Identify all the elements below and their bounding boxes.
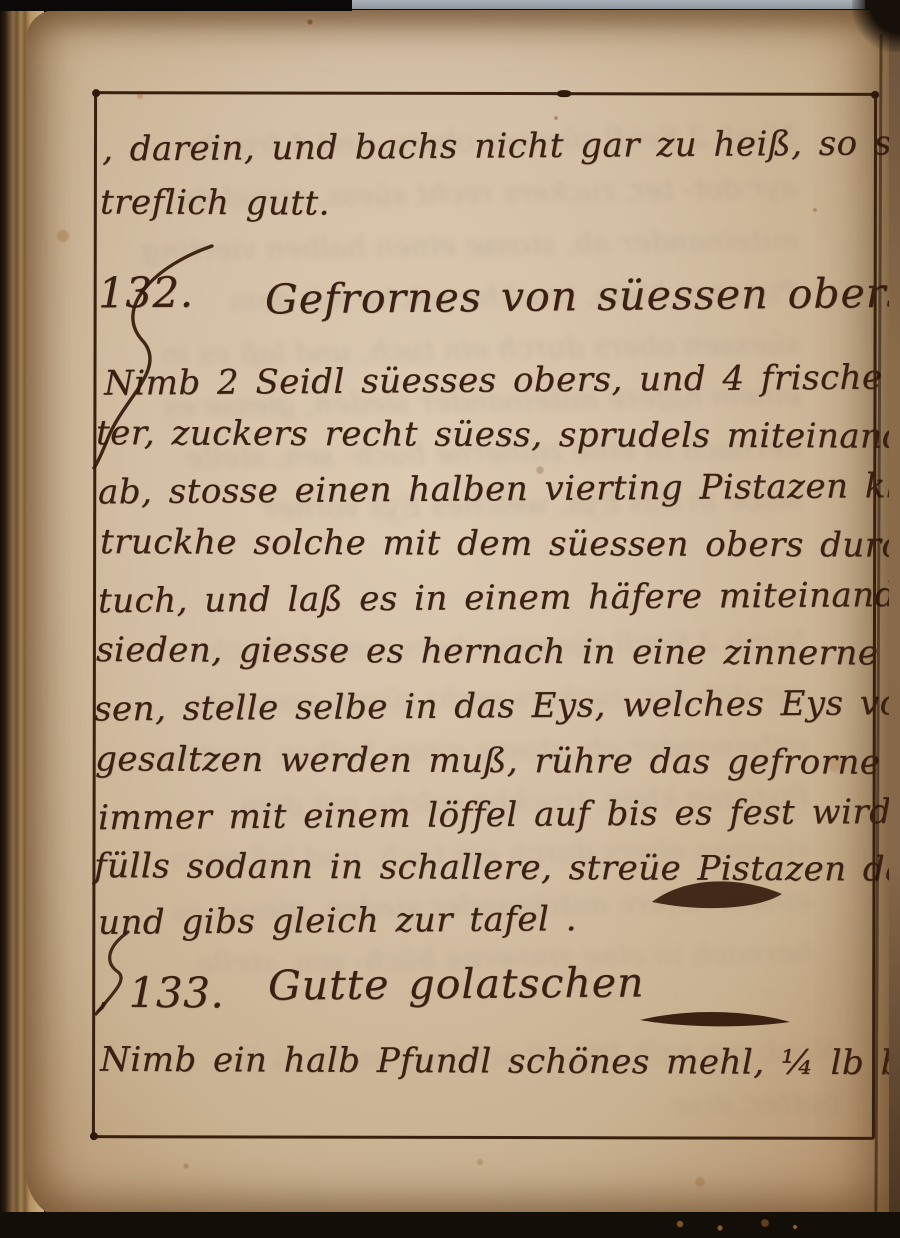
body-line: und gibs gleich zur tafel .	[98, 899, 577, 943]
right-page-edge	[889, 12, 900, 1220]
end-swash	[648, 872, 788, 916]
marginal-flourish	[84, 238, 234, 473]
book-bottom-edge	[0, 1212, 900, 1238]
fragment-line: treflich gutt.	[100, 182, 330, 223]
recipe-title: Gutte golatschen	[268, 958, 645, 1009]
body-line: sen, stelle selbe in das Eys, welches Ey…	[94, 683, 900, 730]
body-line: Nimb ein halb Pfundl schönes mehl, ¼ lb …	[100, 1040, 900, 1084]
recipe-number-text: 133.	[129, 968, 225, 1017]
handwritten-text: , darein, und bachs nicht gar zu heiß, s…	[0, 0, 900, 1238]
binding-shadow	[852, 0, 900, 52]
body-line: immer mit einem löffel auf bis es fest w…	[98, 792, 900, 838]
body-line: gesaltzen werden muß, rühre das gefrorne	[95, 739, 881, 782]
fragment-line: , darein, und bachs nicht gar zu heiß, s…	[102, 122, 900, 169]
body-line-text: Nimb ein halb Pfundl schönes mehl, ¼ lb …	[100, 1040, 900, 1084]
recipe-title: Gefrornes von süessen obers.	[265, 269, 900, 324]
title-underline	[636, 1002, 798, 1032]
body-line: tuch, und laß es in einem häfere miteina…	[98, 575, 900, 622]
body-line: truckhe solche mit dem süessen obers dur…	[100, 522, 900, 566]
body-line: sieden, giesse es hernach in eine zinner…	[96, 630, 900, 674]
book-photo: Nimb 2 Seidl süesses obers, und 4 frisch…	[0, 0, 900, 1238]
marginal-flourish	[88, 928, 140, 1020]
